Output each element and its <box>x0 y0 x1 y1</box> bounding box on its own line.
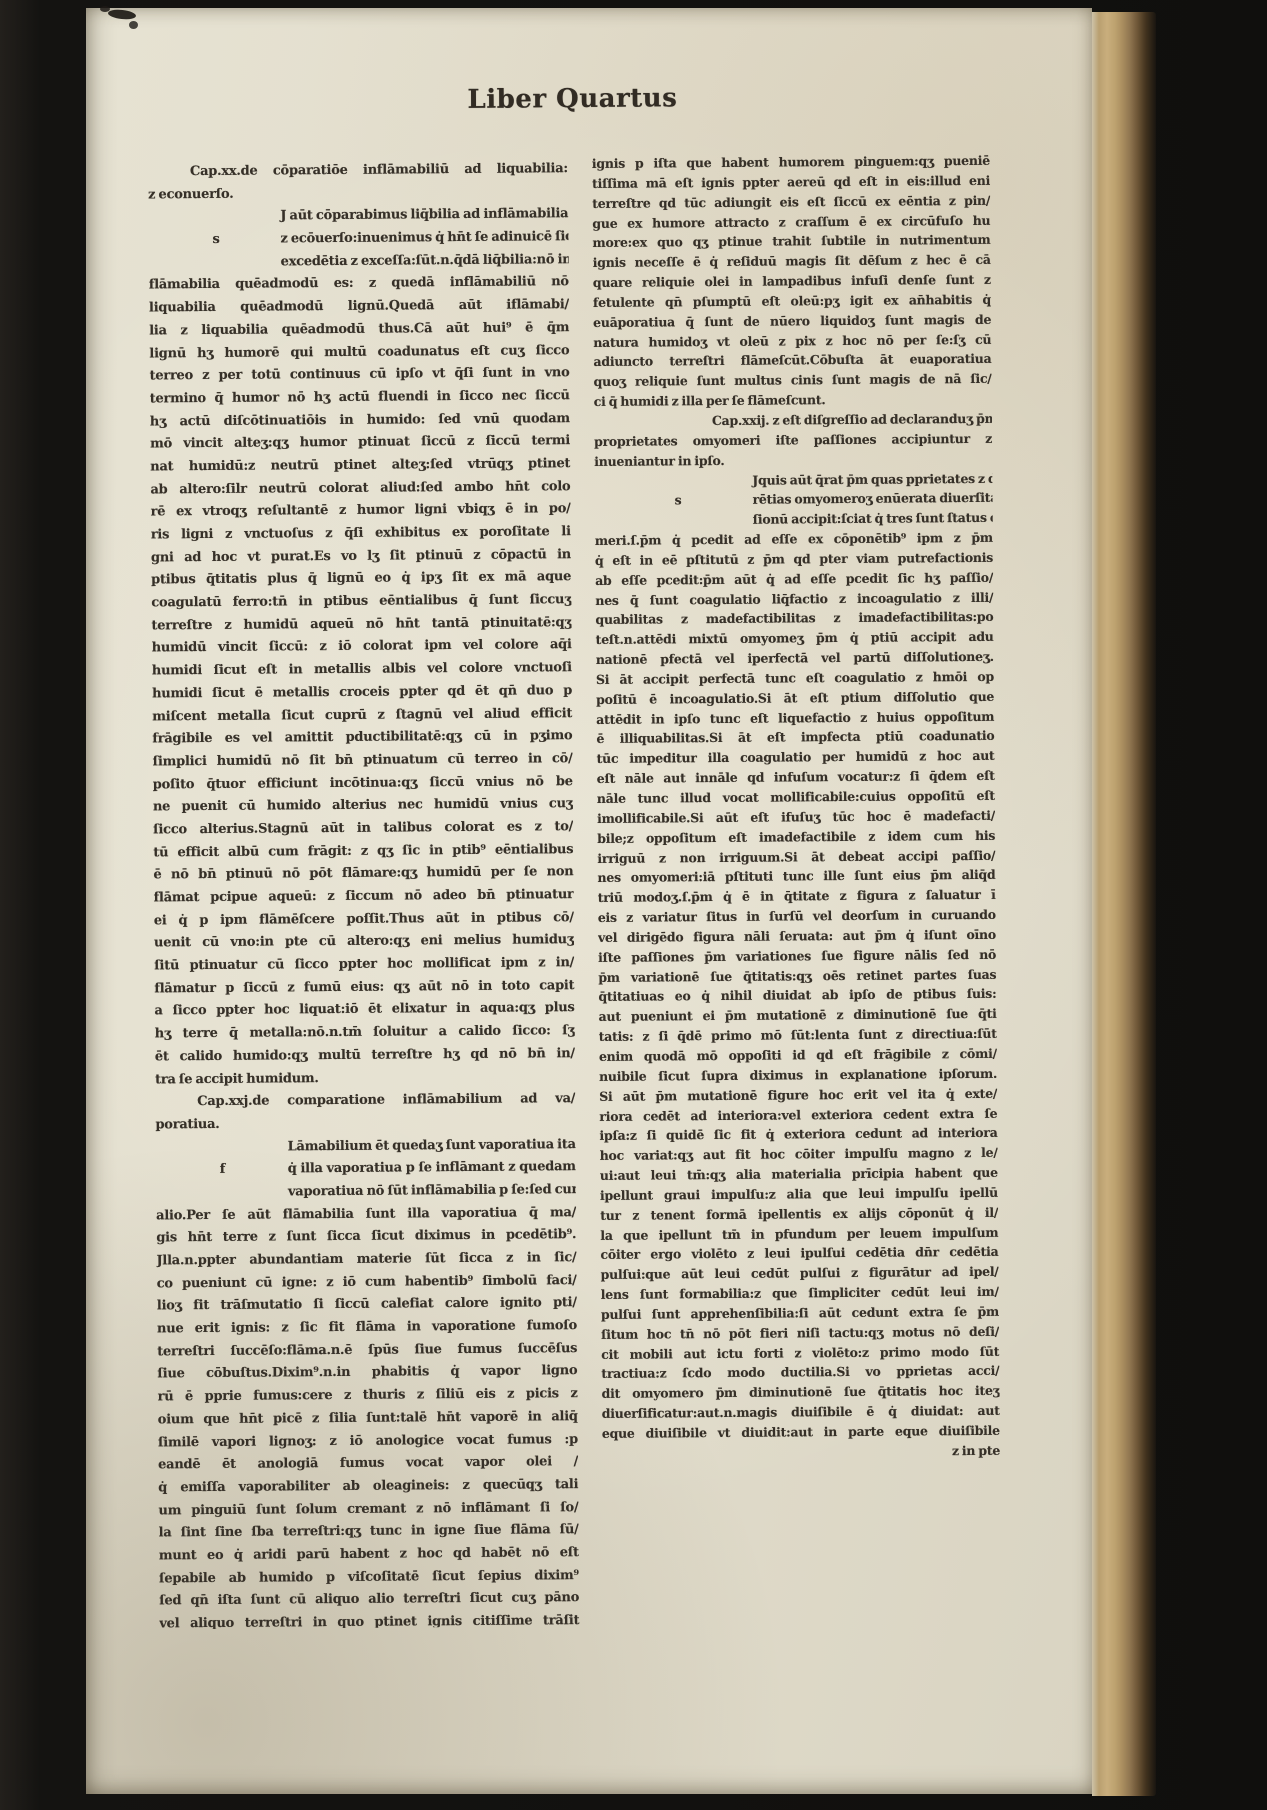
text-line-content: nes omyomeri:iā pſtituti tunc ille ſunt … <box>597 867 995 885</box>
text-line: fq̇ illa vaporatiua p ſe inflāmant z que… <box>156 1156 576 1182</box>
text-line-content: z in pte <box>952 1443 1000 1458</box>
text-line-content: ab eſſe pcedit:p̄m aūt q̇ ad eſſe pcedit… <box>595 570 993 588</box>
text-line-content: ſimilē vapori lignoʒ: z iō anologice voc… <box>158 1432 578 1450</box>
text-line: lignū hʒ humorē qui multū coadunatus eſt… <box>149 340 569 366</box>
text-line-content: terreſtre qd tūc adiungit eis eſt ſiccū … <box>592 193 990 211</box>
text-line-content: munt eo q̇ aridi parū habent z hoc qd ha… <box>159 1545 579 1563</box>
text-line: ſed qn̄ iſta ſunt cū aliquo alio terreſt… <box>159 1587 579 1613</box>
text-line-content: nationē pfectā vel iperfectā vel partū d… <box>596 649 994 667</box>
text-line-content: adiuncto terreſtri flāmeſcūt.Cōbuſta āt … <box>593 351 991 369</box>
text-line: termino q̄ humor nō hʒ actū fluendi in ſ… <box>150 385 570 411</box>
text-line: liquabilia quēadmodū lignū.Quedā aūt ifl… <box>149 294 569 320</box>
text-line: nue erit ignis: z ſic fit flāma in vapor… <box>157 1315 577 1341</box>
text-line: Cap.xxj.de comparatione inflāmabilium ad… <box>155 1088 575 1114</box>
text-line-content: q̇ emiſſa vaporabiliter ab oleagineis: z… <box>158 1477 578 1495</box>
text-line-content: la ſint ſine ſba terreſtri:qʒ tunc in ig… <box>159 1522 579 1540</box>
left-text-column: Cap.xx.de cōparatiōe inflāmabiliū ad liq… <box>148 158 580 1629</box>
text-line-content: hʒ terre q̄ metalla:nō.n.tm̄ ſoluitur a … <box>155 1023 575 1041</box>
text-line-content: more:ex quo qʒ ptinue trahit ſubtile in … <box>592 232 990 250</box>
text-line-content: rū ē pprie fumus:cere z thuris z ſiliū e… <box>158 1386 578 1404</box>
text-line-content: hoc variat:qʒ aut fit hoc cōiter impulſu… <box>600 1145 998 1163</box>
text-line: vaporatiua nō ſūt inflāmabilia p ſe:ſed … <box>156 1179 576 1205</box>
text-line-content: ipellunt graui impulſu:z alia que leui i… <box>600 1185 998 1203</box>
text-line-content: lens ſunt formabilia:z que ſimpliciter c… <box>601 1284 999 1302</box>
text-line-content: euāporatiua q̄ ſunt de nūero liquidoʒ ſu… <box>593 312 991 330</box>
text-line-content: ſionū accipit:ſciat q̇ tres ſunt ſtatus … <box>753 510 1001 527</box>
text-line-content: nāle tunc illud vocat mollificabile:cuiu… <box>597 788 995 806</box>
running-title: Liber Quartus <box>69 80 1075 118</box>
text-line: ſimplici humidū nō ſit bn̄ ptinuatum cū … <box>152 748 572 774</box>
text-line-content: tū efficit albū cum frāgit: z qʒ ſic in … <box>153 842 573 860</box>
text-line-content: cōiter ergo violēto z leui ipulſui cedēt… <box>600 1244 998 1262</box>
text-line-content: ēt calido humido:qʒ multū terreſtre hʒ q… <box>155 1046 575 1064</box>
text-line: ptibus q̄titatis plus q̄ lignū eo q̇ ipʒ… <box>151 567 571 593</box>
text-line-content: Jquis aūt q̄rat p̄m quas pprietates z di… <box>752 470 1000 487</box>
text-line-content: pulſui ſunt apprehenſibilia:ſi aūt cedun… <box>601 1304 999 1322</box>
text-line-content: z ecōuerſo:inuenimus q̇ hn̄t ſe adinuicē… <box>280 229 572 246</box>
text-line-content: rētias omyomeroʒ enūerata diuerſitas paſ… <box>752 490 1000 507</box>
text-line-content: gni ad hoc vt purat.Es vo lʒ ſit ptinuū … <box>151 547 571 565</box>
text-line-content: humidi ſicut ē metallis croceis ppter qd… <box>152 683 572 701</box>
text-line-content: vel dirigēdo figura nāli ſeruata: aut p̄… <box>598 927 996 945</box>
text-line: terreo z per totū continuus cū ipſo vt q… <box>149 362 569 388</box>
text-line: la ſint ſine ſba terreſtri:qʒ tunc in ig… <box>159 1519 579 1545</box>
text-line-content: eque diuiſibile vt diuidit:aut in parte … <box>602 1423 1000 1441</box>
text-line-content: ci q̄ humidi z illa per ſe flāmeſcunt. <box>594 392 826 409</box>
scan-backdrop: { "page": { "header": "Liber Quartus" },… <box>0 0 1267 1810</box>
text-line-content: eandē ēt anologiā fumus vocat vapor olei… <box>158 1454 578 1472</box>
text-line-content: q̄titatiuas eo q̇ nihil diuidat ab ipſo … <box>598 986 996 1004</box>
text-line-content: p̄m variationē ſue q̄titatis:qʒ oēs reti… <box>598 966 996 984</box>
text-line: mō vincit alteʒ:qʒ humor ptinuat ſiccū z… <box>150 430 570 456</box>
text-line-content: ſimplici humidū nō ſit bn̄ ptinuatum cū … <box>153 751 573 769</box>
text-line: hʒ actū diſcōtinuatiōis in humido: ſed v… <box>150 408 570 434</box>
text-line-content: quare reliquie olei in lampadibus infuſi… <box>593 272 991 290</box>
text-line-content: mō vincit alteʒ:qʒ humor ptinuat ſiccū z… <box>150 433 570 451</box>
text-line-content: ipſa:z ſi quidē ſic fit q̇ exteriora ced… <box>599 1125 997 1143</box>
text-line: lia z liquabilia quēadmodū thus.Cā aūt h… <box>149 317 569 343</box>
text-line: z econuerſo. <box>148 181 568 207</box>
text-line-content: co pueniunt cū igne: z iō cum habentib⁹ … <box>157 1273 577 1291</box>
text-line-content: oium que hn̄t picē z ſilia ſunt:talē hn̄… <box>158 1409 578 1427</box>
text-line-content: Cap.xxj.de comparatione inflāmabilium ad… <box>197 1091 575 1109</box>
text-line-content: eſt nāle aut innāle qd infuſum vocatur:z… <box>597 768 995 786</box>
text-line-content: flāmat pcipue aqueū: z ſiccum nō adeo bn… <box>154 887 574 905</box>
text-line-content: quoʒ reliquie ſunt multus cinis ſunt mag… <box>594 371 992 389</box>
text-line: q̇ emiſſa vaporabiliter ab oleagineis: z… <box>158 1474 578 1500</box>
text-line-content: ab altero:ſilr neutrū colorat aliud:ſed … <box>150 479 570 497</box>
initial-guide-letter: s <box>212 229 219 252</box>
text-line-content: flāmatur p ſiccū z fumū eius: qʒ aūt nō … <box>154 978 574 996</box>
text-line-content: rē ex vtroqʒ reſultantē z humor ligni vb… <box>151 501 571 519</box>
text-line-content: ſitū ptinuatur cū ſicco ppter hoc mollif… <box>154 955 574 973</box>
text-line: ēt calido humido:qʒ multū terreſtre hʒ q… <box>155 1043 575 1069</box>
text-line: rū ē pprie fumus:cere z thuris z ſiliū e… <box>157 1383 577 1409</box>
text-line-content: irriguū z non irriguum.Si āt debeat acci… <box>597 847 995 865</box>
text-line: Lāmabilium ēt quedaʒ ſunt vaporatiua ita <box>156 1134 576 1160</box>
text-line-content: gis hn̄t terre z ſunt ſicca ſicut diximu… <box>156 1227 576 1245</box>
text-line-content: nuibile ſicut ſupra diximus in explanati… <box>599 1066 997 1084</box>
text-line-content: poratiua. <box>155 1117 219 1133</box>
text-line: terreſtre z humidū aqueū nō hn̄t tantā p… <box>151 612 571 638</box>
text-line-content: excedētia z exceſſa:ſūt.n.q̄dā liq̄bilia… <box>281 252 572 269</box>
text-line: gni ad hoc vt purat.Es vo lʒ ſit ptinuū … <box>151 544 571 570</box>
text-line: ſicco alterius.Stagnū aūt in talibus col… <box>153 816 573 842</box>
text-line-content: Cap.xx.de cōparatiōe inflāmabiliū ad liq… <box>190 161 568 179</box>
text-line: humidi ſicut ē metallis croceis ppter qd… <box>152 680 572 706</box>
text-line-content: Cap.xxij. z eſt diſgreſſio ad declarandu… <box>712 410 1000 428</box>
text-line-content: poſito q̄tuor efficiunt incōtinua:qʒ ſic… <box>153 774 573 792</box>
text-line: excedētia z exceſſa:ſūt.n.q̄dā liq̄bilia… <box>149 249 569 275</box>
initial-guide-letter: s <box>674 491 681 511</box>
text-line: terreſtri ſuccēſo:flāma.n.ē ſpūs ſiue fu… <box>157 1338 577 1364</box>
text-line-content: ē nō bn̄ ptinuū nō pōt flāmare:qʒ humidū… <box>153 864 573 882</box>
text-line-content: imollificabile.Si aūt eſt ifuſuʒ tūc hoc… <box>597 808 995 826</box>
text-line: sz ecōuerſo:inuenimus q̇ hn̄t ſe adinuic… <box>148 226 568 252</box>
text-line-content: lioʒ fit trāſmutatio ſi ſiccū calefiat c… <box>157 1295 577 1313</box>
text-line: um pinguiū ſunt ſolum cremant z nō inflā… <box>158 1497 578 1523</box>
text-line-content: natura humidoʒ vt oleū z pix z hoc nō pe… <box>593 331 991 349</box>
text-line-content: terreſtri ſuccēſo:flāma.n.ē ſpūs ſiue fu… <box>157 1341 577 1359</box>
text-line: rē ex vtroqʒ reſultantē z humor ligni vb… <box>151 498 571 524</box>
text-line: hʒ terre q̄ metalla:nō.n.tm̄ ſoluitur a … <box>155 1020 575 1046</box>
text-line-content: ē illiquabilitas.Si āt eſt impfecta ptiū… <box>596 728 994 746</box>
text-line-content: humidi ſicut eſt in metallis albis vel c… <box>152 660 572 678</box>
text-line-content: ui:aut leui tm̄:qʒ alia materialia prīci… <box>600 1165 998 1183</box>
text-line-content: q̇ illa vaporatiua p ſe inflāmant z qued… <box>288 1159 576 1176</box>
text-line: frāgibile es vel amittit pductibilitatē:… <box>152 725 572 751</box>
text-line-content: ſepabile ab humido p viſcoſitatē ſicut ſ… <box>159 1568 579 1586</box>
text-line-content: q̇ eſt in eē pſtitutū z p̄m qd pter viam… <box>595 550 993 568</box>
text-line: humidū vincit ſiccū: z iō colorat ipm ve… <box>152 635 572 661</box>
text-line-content: tūc impeditur illa coagulatio per humidū… <box>597 748 995 766</box>
text-line-content: meri.ſ.p̄m q̇ pcedit ad eſſe ex cōponēti… <box>595 530 993 548</box>
text-line-content: poſitū ē incoagulatio.Si āt eſt ptium di… <box>596 689 994 707</box>
text-line-content: quabilitas z madefactibilitas z imadefac… <box>595 609 993 627</box>
text-line: ē nō bn̄ ptinuū nō pōt flāmare:qʒ humidū… <box>153 861 573 887</box>
text-line: a ſicco ppter hoc liquat:iō ēt elixatur … <box>154 998 574 1024</box>
text-line: tū efficit albū cum frāgit: z qʒ ſic in … <box>153 839 573 865</box>
text-line-content: ſitum hoc tn̄ nō pōt fieri niſi tactu:qʒ… <box>601 1324 999 1342</box>
text-line: vel aliquo terreſtri in quo ptinet ignis… <box>159 1610 579 1629</box>
text-line: ab altero:ſilr neutrū colorat aliud:ſed … <box>150 476 570 502</box>
text-line: gis hn̄t terre z ſunt ſicca ſicut diximu… <box>156 1224 576 1250</box>
text-line-content: inueniantur in ipſo. <box>594 453 724 469</box>
text-line: ne puenit cū humido alterius nec humidū … <box>153 793 573 819</box>
text-line-content: ſed qn̄ iſta ſunt cū aliquo alio terreſt… <box>159 1590 579 1608</box>
text-line-content: coagulatū ferro:tn̄ in ptibus eēntialibu… <box>151 592 571 610</box>
text-line: poratiua. <box>155 1111 575 1137</box>
text-line-content: ne puenit cū humido alterius nec humidū … <box>153 796 573 814</box>
text-line-content: Lāmabilium ēt quedaʒ ſunt vaporatiua ita <box>288 1137 576 1154</box>
text-line: lioʒ fit trāſmutatio ſi ſiccū calefiat c… <box>157 1292 577 1318</box>
text-line-content: ptibus q̄titatis plus q̄ lignū eo q̇ ipʒ… <box>151 570 571 588</box>
text-line: ſimilē vapori lignoʒ: z iō anologice voc… <box>158 1429 578 1455</box>
text-line-content: Si aūt p̄m mutationē figure hoc erit vel… <box>599 1085 997 1103</box>
text-line-content: aut pueniunt ei p̄m mutationē z diminuti… <box>599 1006 997 1024</box>
text-line-content: miſcent metalla ſicut cuprū z ſtagnū vel… <box>152 706 572 724</box>
text-line-content: a ſicco ppter hoc liquat:iō ēt elixatur … <box>154 1001 574 1019</box>
text-line: ſitū ptinuatur cū ſicco ppter hoc mollif… <box>154 952 574 978</box>
text-line-content: liquabilia quēadmodū lignū.Quedā aūt ifl… <box>149 297 569 315</box>
text-line-content: riora cedēt ad interiora:vel exteriora c… <box>599 1105 997 1123</box>
text-line-content: nes q̄ ſunt coagulatio liq̄factio z inco… <box>595 589 993 607</box>
book-page: Liber Quartus Cap.xx.de cōparatiōe inflā… <box>86 8 1092 1794</box>
text-line: flāmat pcipue aqueū: z ſiccum nō adeo bn… <box>154 884 574 910</box>
text-line: ris ligni z vnctuoſus z q̄ſi exhibitus e… <box>151 521 571 547</box>
text-line: ei q̇ p ipm flāmēſcere poſſit.Thus aūt i… <box>154 907 574 933</box>
text-line: poſito q̄tuor efficiunt incōtinua:qʒ ſic… <box>153 771 573 797</box>
text-line-content: um pinguiū ſunt ſolum cremant z nō inflā… <box>158 1500 578 1518</box>
text-line-content: attēdit in ipſo tunc eſt liquefactio z h… <box>596 708 994 726</box>
text-line-content: vaporatiua nō ſūt inflāmabilia p ſe:ſed … <box>288 1182 579 1199</box>
text-line-content: lignū hʒ humorē qui multū coadunatus eſt… <box>149 343 569 361</box>
text-line-content: Jlla.n.ppter abundantiam materie ſūt ſic… <box>156 1250 576 1268</box>
text-line-content: proprietates omyomeri iſte paſſiones acc… <box>594 431 992 449</box>
text-line: Jlla.n.ppter abundantiam materie ſūt ſic… <box>156 1247 576 1273</box>
text-line-content: humidū vincit ſiccū: z iō colorat ipm ve… <box>152 638 572 656</box>
text-line-content: tiſſima mā eſt ignis ppter aereū qd eſt … <box>592 173 990 191</box>
text-line-content: gue ex humore attracto z craſſum ē ex ci… <box>592 212 990 230</box>
text-line-content: lia z liquabilia quēadmodū thus.Cā aūt h… <box>149 320 569 338</box>
text-line: miſcent metalla ſicut cuprū z ſtagnū vel… <box>152 703 572 729</box>
text-line-content: ſicco alterius.Stagnū aūt in talibus col… <box>153 819 573 837</box>
text-line: uenit cū vno:in pte cū altero:qʒ eni mel… <box>154 930 574 956</box>
text-line-content: iſte paſſiones p̄m variationes ſue figur… <box>598 947 996 965</box>
text-line-content: tatis: z ſi q̄dē primo mō ſūt:lenta ſunt… <box>599 1026 997 1044</box>
text-line-content: pulſui:que aūt leui cedūt pulſui z figur… <box>601 1264 999 1282</box>
text-line-content: teſt.n.attēdi mixtū omyomeʒ p̄m q̇ ptiū … <box>596 629 994 647</box>
text-line: co pueniunt cū igne: z iō cum habentib⁹ … <box>157 1270 577 1296</box>
text-line-content: tur z tenent formā ipellentis ex alijs c… <box>600 1205 998 1223</box>
text-line: Cap.xx.de cōparatiōe inflāmabiliū ad liq… <box>148 158 568 184</box>
text-line-content: Si āt accipit perfectā tunc eſt coagulat… <box>596 669 994 687</box>
text-line: tra ſe accipit humidum. <box>155 1066 575 1092</box>
text-line: z in pte <box>602 1441 1000 1464</box>
text-line-content: vel aliquo terreſtri in quo ptinet ignis… <box>159 1613 579 1629</box>
text-line-content: flāmabilia quēadmodū es: z quedā inflāma… <box>149 275 569 293</box>
text-line-content: nat humidū:z neutrū ptinet alteʒ:ſed vtr… <box>150 456 570 474</box>
text-line: nat humidū:z neutrū ptinet alteʒ:ſed vtr… <box>150 453 570 479</box>
text-line-content: terreſtre z humidū aqueū nō hn̄t tantā p… <box>151 615 571 633</box>
text-line-content: ſiue cōbuſtus.Dixim⁹.n.in phabitis q̇ va… <box>157 1364 577 1382</box>
text-line: ſiue cōbuſtus.Dixim⁹.n.in phabitis q̇ va… <box>157 1361 577 1387</box>
text-line-content: terreo z per totū continuus cū ipſo vt q… <box>149 365 569 383</box>
text-line-content: eis z variatur ſitus in ſurſū vel deorſu… <box>598 907 996 925</box>
text-line: humidi ſicut eſt in metallis albis vel c… <box>152 657 572 683</box>
text-line-content: ignis p iſta que habent humorem pinguem:… <box>592 153 990 171</box>
text-block: Liber Quartus Cap.xx.de cōparatiōe inflā… <box>81 4 1101 1798</box>
book-fore-edge <box>1092 12 1156 1796</box>
text-line-content: cit mobili aut ictu forti z violēto:z pr… <box>601 1343 999 1361</box>
text-line: coagulatū ferro:tn̄ in ptibus eēntialibu… <box>151 589 571 615</box>
text-line-content: hʒ actū diſcōtinuatiōis in humido: ſed v… <box>150 411 570 429</box>
text-line-content: ignis neceſſe ē q̇ reſiduū magis ſit dēſ… <box>593 252 991 270</box>
text-line-content: la que ipellunt tm̄ in pfundum per leuem… <box>600 1224 998 1242</box>
text-line-content: dit omyomero p̄m diminutionē ſue q̄titat… <box>601 1383 999 1401</box>
text-line: alio.Per ſe aūt flāmabilia ſunt illa vap… <box>156 1202 576 1228</box>
text-line-content: diuerſificatur:aut.n.magis diuiſibile ē … <box>602 1403 1000 1421</box>
text-line-content: nue erit ignis: z ſic fit flāma in vapor… <box>157 1318 577 1336</box>
text-line-content: bile;z oppoſitum eſt imadefactibile z id… <box>597 828 995 846</box>
text-line-content: ei q̇ p ipm flāmēſcere poſſit.Thus aūt i… <box>154 910 574 928</box>
text-line-content: z econuerſo. <box>148 186 233 202</box>
text-line-content: ris ligni z vnctuoſus z q̄ſi exhibitus e… <box>151 524 571 542</box>
text-line-content: tractiua:z ſcdo modo ductilia.Si vo ppri… <box>601 1363 999 1381</box>
initial-guide-letter: f <box>220 1159 226 1182</box>
text-line-content: enim quodā mō oppoſiti id qd eſt frāgibi… <box>599 1046 997 1064</box>
text-line-content: termino q̄ humor nō hʒ actū fluendi in ſ… <box>150 388 570 406</box>
text-line-content: triū modoʒ.ſ.p̄m q̇ ē in q̄titate z figu… <box>598 887 996 905</box>
text-line-content: frāgibile es vel amittit pductibilitatē:… <box>152 728 572 746</box>
text-line: flāmabilia quēadmodū es: z quedā inflāma… <box>149 272 569 298</box>
text-line: munt eo q̇ aridi parū habent z hoc qd ha… <box>159 1542 579 1568</box>
text-line: eandē ēt anologiā fumus vocat vapor olei… <box>158 1451 578 1477</box>
text-line: ſepabile ab humido p viſcoſitatē ſicut ſ… <box>159 1565 579 1591</box>
text-line-content: J aūt cōparabimus liq̄bilia ad inflāmabi… <box>280 207 568 224</box>
text-line-content: alio.Per ſe aūt flāmabilia ſunt illa vap… <box>156 1205 576 1223</box>
text-line-content: tra ſe accipit humidum. <box>155 1071 319 1087</box>
text-line: flāmatur p ſiccū z fumū eius: qʒ aūt nō … <box>154 975 574 1001</box>
right-text-column: ignis p iſta que habent humorem pinguem:… <box>592 151 1000 1472</box>
text-line: oium que hn̄t picē z ſilia ſunt:talē hn̄… <box>158 1406 578 1432</box>
text-line-content: uenit cū vno:in pte cū altero:qʒ eni mel… <box>154 933 574 951</box>
text-line-content: fetulente qn̄ pſumptū eſt oleū:pʒ igit e… <box>593 292 991 310</box>
text-line: J aūt cōparabimus liq̄bilia ad inflāmabi… <box>148 204 568 230</box>
